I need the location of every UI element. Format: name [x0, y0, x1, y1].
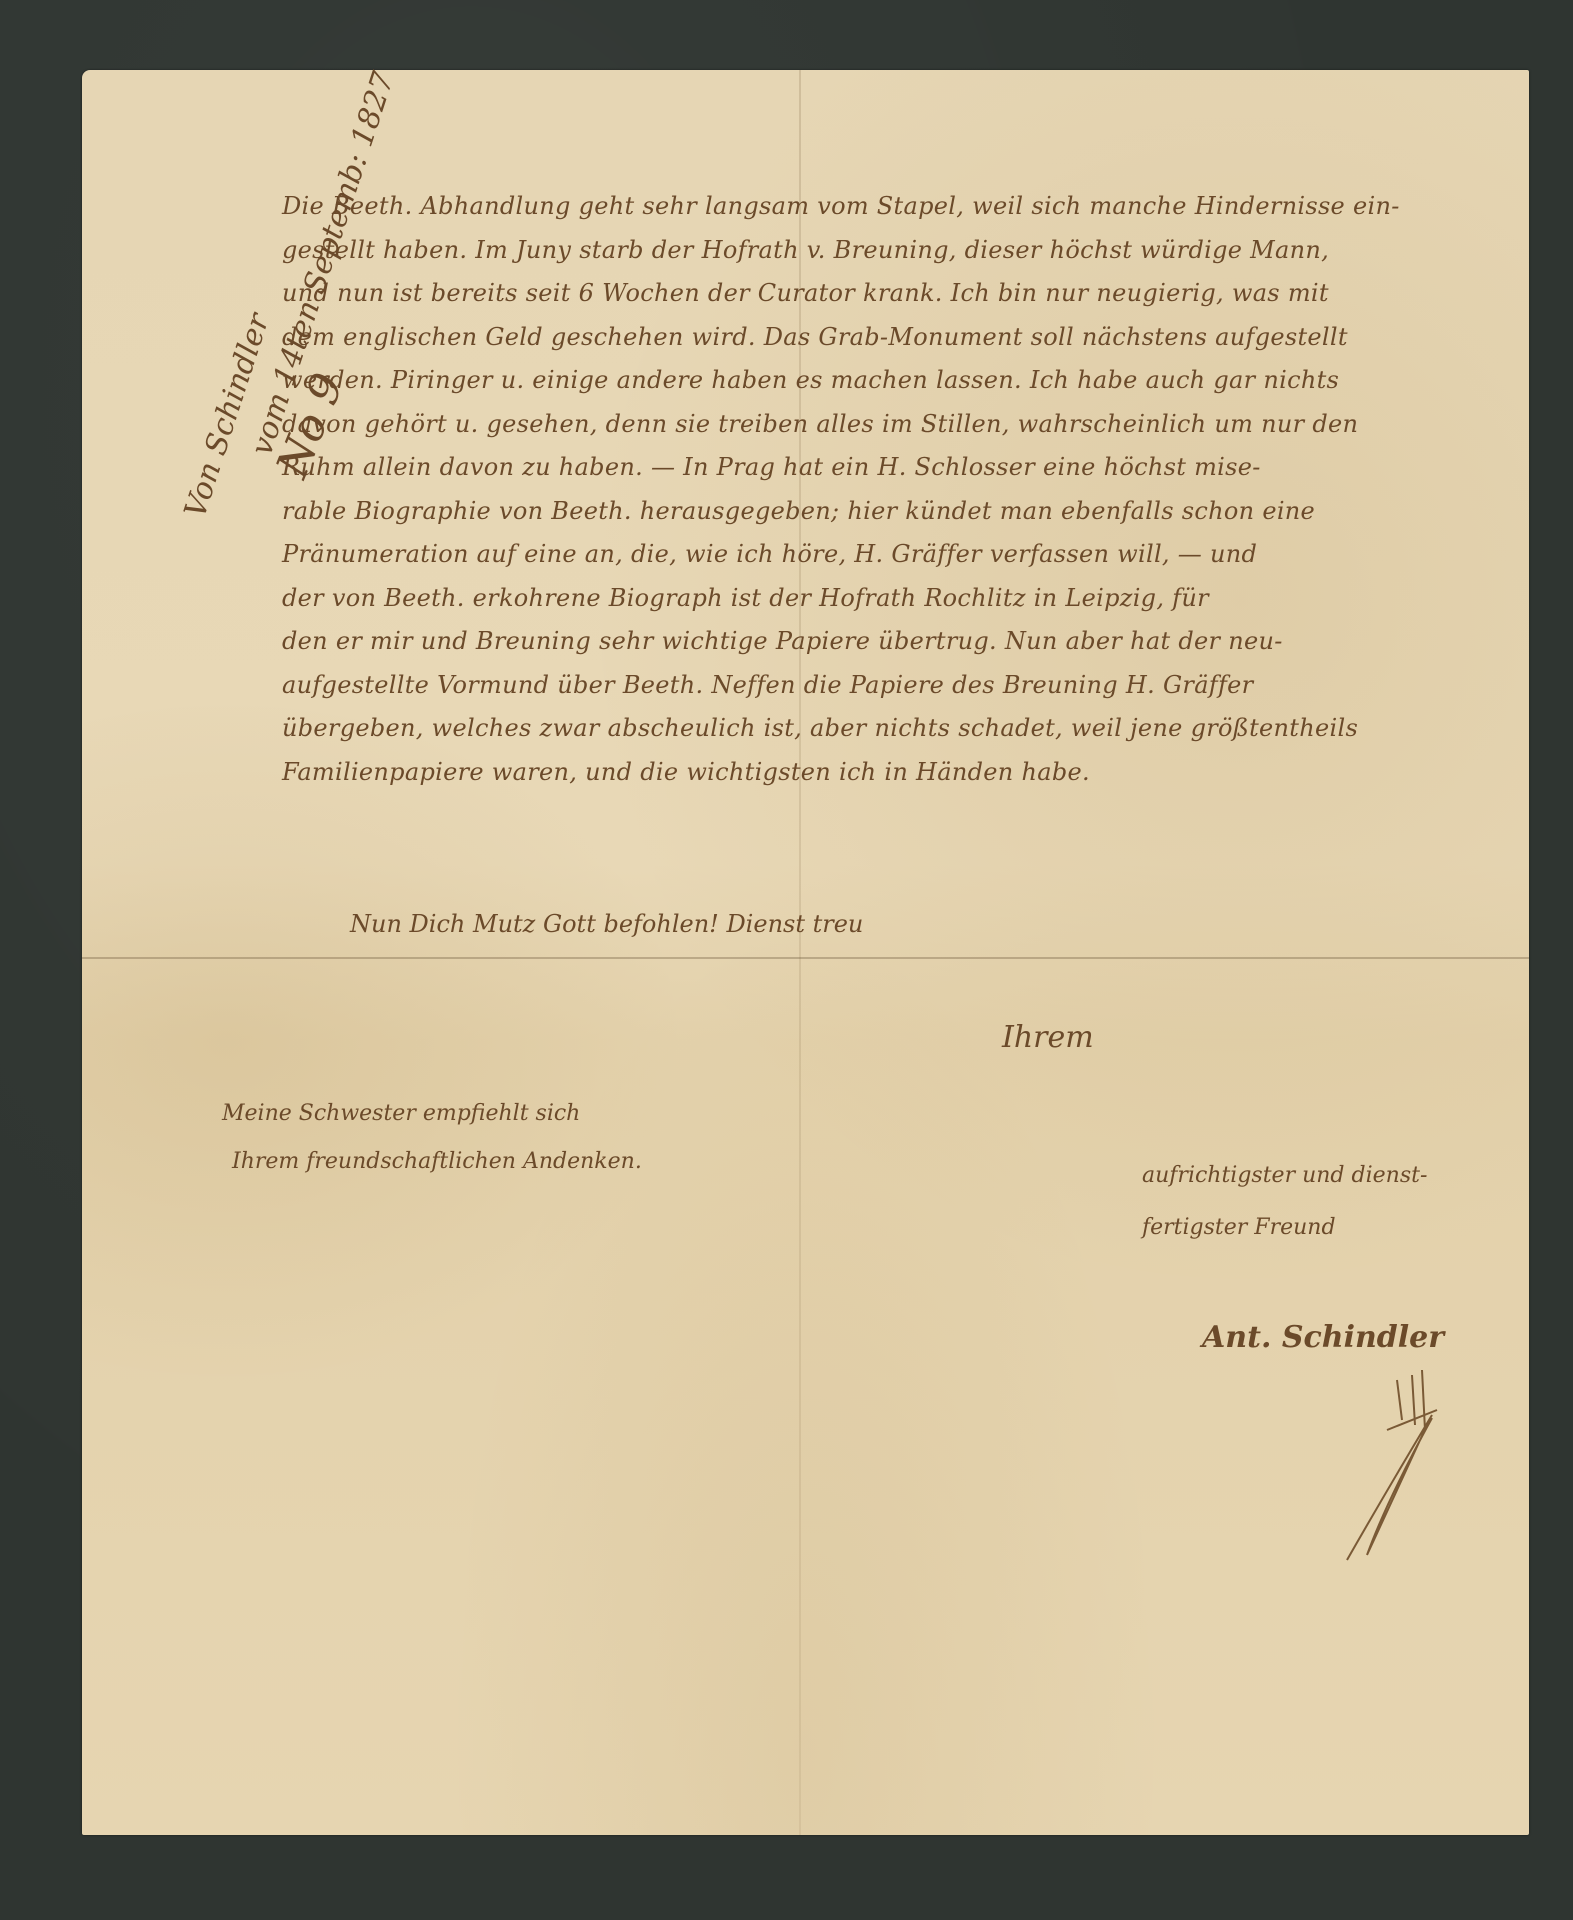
closing-word: Ihrem	[1002, 1020, 1094, 1055]
body-line: Pränumeration auf eine an, die, wie ich …	[282, 533, 1573, 577]
horizontal-fold-line	[82, 957, 1529, 959]
body-line: Ruhm allein davon zu haben. — In Prag ha…	[282, 446, 1573, 490]
body-line: der von Beeth. erkohrene Biograph ist de…	[282, 577, 1573, 621]
closing-line: aufrichtigster und dienst-	[1142, 1150, 1427, 1202]
body-line: Die Beeth. Abhandlung geht sehr langsam …	[282, 185, 1573, 229]
closing-line: fertigster Freund	[1142, 1202, 1427, 1254]
body-line: gestellt haben. Im Juny starb der Hofrat…	[282, 229, 1573, 273]
postscript-line: Meine Schwester empfiehlt sich	[222, 1090, 642, 1138]
body-line: und nun ist bereits seit 6 Wochen der Cu…	[282, 272, 1573, 316]
body-line: dem englischen Geld geschehen wird. Das …	[282, 316, 1573, 360]
body-line: den er mir und Breuning sehr wichtige Pa…	[282, 620, 1573, 664]
complimentary-close: aufrichtigster und dienst- fertigster Fr…	[1142, 1150, 1427, 1254]
body-line: Familienpapiere waren, und die wichtigst…	[282, 751, 1573, 795]
signature: Ant. Schindler	[1202, 1320, 1444, 1355]
body-line: aufgestellte Vormund über Beeth. Neffen …	[282, 664, 1573, 708]
valediction: Nun Dich Mutz Gott befohlen! Dienst treu	[350, 910, 863, 938]
letter-body: Die Beeth. Abhandlung geht sehr langsam …	[282, 185, 1573, 794]
body-line: davon gehört u. gesehen, denn sie treibe…	[282, 403, 1573, 447]
signature-flourish-icon	[1327, 1370, 1477, 1570]
body-line: übergeben, welches zwar abscheulich ist,…	[282, 707, 1573, 751]
body-line: werden. Piringer u. einige andere haben …	[282, 359, 1573, 403]
postscript: Meine Schwester empfiehlt sich Ihrem fre…	[222, 1090, 642, 1186]
letter-page: Von Schindler vom 14ten Septemb: 1827 No…	[82, 70, 1529, 1835]
body-line: rable Biographie von Beeth. herausgegebe…	[282, 490, 1573, 534]
postscript-line: Ihrem freundschaftlichen Andenken.	[222, 1138, 642, 1186]
